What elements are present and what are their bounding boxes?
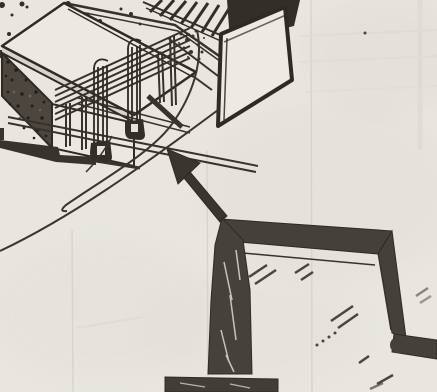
scanned-illustration [0, 0, 437, 392]
illustration-canvas [0, 0, 437, 392]
frame-bottom-bar [165, 377, 278, 392]
